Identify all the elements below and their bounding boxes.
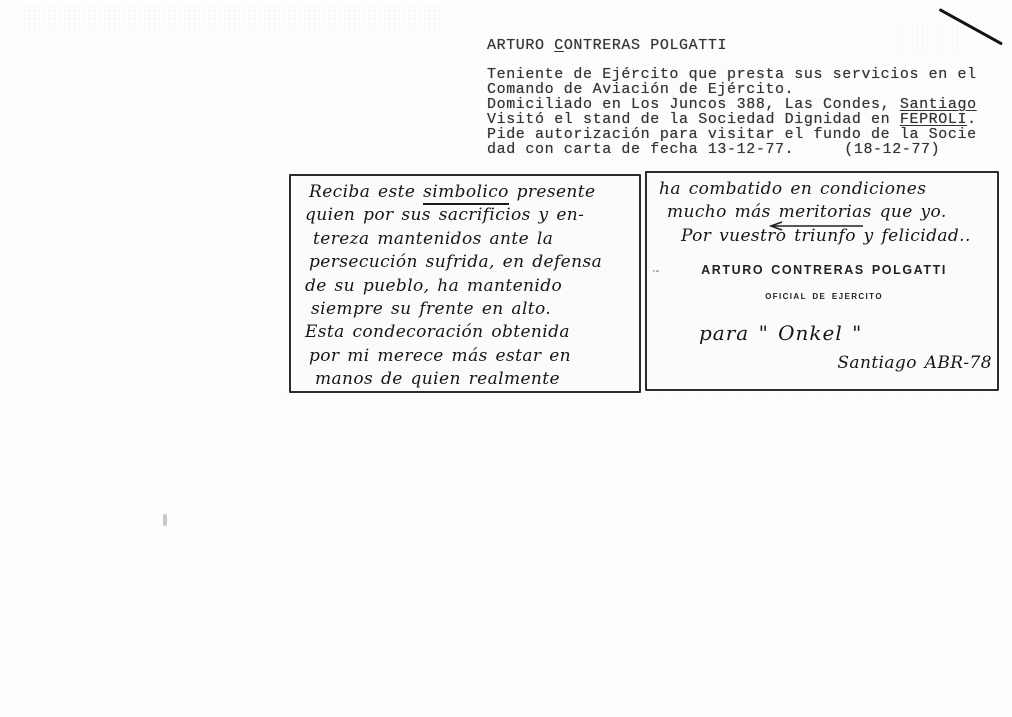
handwritten-line: de su pueblo, ha mantenido — [305, 275, 633, 298]
typed-line-5: Pide autorización para visitar el fundo … — [487, 127, 977, 142]
handwritten-line: ha combatido en condiciones — [659, 178, 991, 201]
underlined-letter: C — [554, 37, 564, 54]
handwritten-line: manos de quien realmente — [315, 368, 633, 391]
printed-rank: OFICIAL DE EJERCITO — [657, 285, 991, 308]
stray-pen-mark: ·- — [652, 265, 659, 277]
underlined-word-simbolico: simbolico — [423, 182, 509, 205]
handwritten-line: siempre su frente en alto. — [311, 298, 633, 321]
right-note-card: ha combatido en condiciones mucho más me… — [645, 171, 999, 391]
scan-noise-under-cards — [280, 392, 1000, 402]
handwritten-line: mucho más meritorias que yo. — [667, 201, 991, 224]
printed-signature-block: ARTURO CONTRERAS POLGATTI OFICIAL DE EJE… — [657, 259, 991, 308]
subject-name-heading: ARTURO CONTRERAS POLGATTI — [487, 38, 977, 53]
handwritten-line: Esta condecoración obtenida — [305, 321, 633, 344]
handwritten-line: persecución sufrida, en defensa — [309, 251, 633, 274]
handwritten-line: Reciba este simbolico presente — [309, 181, 633, 204]
right-card-handwriting: ha combatido en condiciones mucho más me… — [647, 173, 997, 345]
left-arrow-underline-icon — [763, 221, 867, 231]
scan-noise-top-left — [22, 5, 442, 31]
stray-ink-dot — [163, 514, 167, 526]
typed-identification-block: ARTURO CONTRERAS POLGATTI Teniente de Ej… — [487, 38, 977, 157]
printed-name: ARTURO CONTRERAS POLGATTI — [657, 259, 991, 282]
typed-line-3: Domiciliado en Los Juncos 388, Las Conde… — [487, 97, 977, 112]
handwritten-line: tereza mantenidos ante la — [313, 228, 633, 251]
typed-line-2: Comando de Aviación de Ejército. — [487, 82, 977, 97]
dedication-line: para " Onkel " — [699, 322, 991, 345]
place-and-date: Santiago ABR-78 — [837, 353, 992, 373]
handwritten-line: por mi merece más estar en — [309, 345, 633, 368]
typed-line-4: Visitó el stand de la Sociedad Dignidad … — [487, 112, 977, 127]
filing-date: (18-12-77) — [844, 141, 940, 158]
typed-line-1: Teniente de Ejército que presta sus serv… — [487, 67, 977, 82]
left-note-card: Reciba este simbolico presente quien por… — [289, 174, 641, 393]
left-card-handwriting: Reciba este simbolico presente quien por… — [291, 176, 639, 392]
typed-line-6: dad con carta de fecha 13-12-77.(18-12-7… — [487, 142, 977, 157]
handwritten-line: quien por sus sacrificios y en- — [305, 204, 633, 227]
scanned-document-page: ARTURO CONTRERAS POLGATTI Teniente de Ej… — [0, 0, 1012, 717]
arrow-marked-word-meritorias: meritorias — [779, 202, 872, 222]
